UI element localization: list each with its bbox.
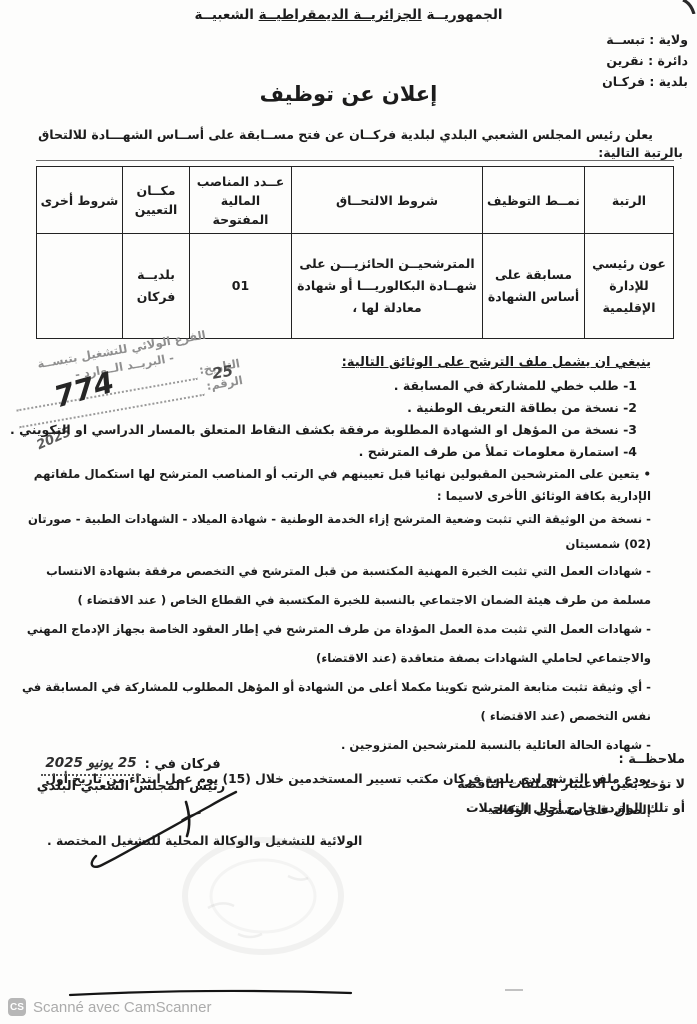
document-item-4: 4- استمارة معلومات تملأ من طرف المترشح . <box>7 441 651 463</box>
additional-doc-4: - أي وثيقة تثبت متابعة المترشح تكوينا مك… <box>7 673 651 731</box>
scan-hairline <box>36 160 674 161</box>
document-item-3: 3- نسخة من المؤهل او الشهادة المطلوبة مر… <box>7 419 651 441</box>
intro-paragraph: يعلن رئيس المجلس الشعبي البلدي لبلدية فر… <box>14 126 683 162</box>
republic-part1: الجمهوريــة <box>422 7 503 23</box>
note-line2: أو تلك الواردة خارج أجال التسجيلات <box>457 796 685 820</box>
page-title: إعلان عن توظيف <box>0 82 697 106</box>
col-open-positions: عــدد المناصب المالية المفتوحة <box>190 167 292 234</box>
corner-artifact <box>679 0 697 14</box>
handwritten-date: 25 يونيو 2025 <box>41 752 140 776</box>
note-line1: لا تؤخذ بعين الاعتبار الملفات الناقصة <box>457 772 685 796</box>
cs-camscanner-icon: CS <box>8 998 26 1016</box>
col-employment-type: نمــط التوظيف <box>483 167 585 234</box>
cell-employment-type: مسابقة على أساس الشهادة <box>483 234 585 339</box>
camscanner-watermark: CS Scanné avec CamScanner <box>8 998 211 1016</box>
wilaya-line: ولاية : تبســة <box>602 29 688 50</box>
additional-doc-2: - شهادات العمل التي تثبت الخبرة المهنية … <box>7 557 651 615</box>
watermark-text: Scanné avec CamScanner <box>33 999 211 1016</box>
cell-conditions: المترشحيــن الحائزيـــن على شهــادة البك… <box>292 234 483 339</box>
scanned-document-page: الجمهوريــة الجزائريــة الديمقراطيــة ال… <box>0 0 697 1024</box>
additional-doc-3: - شهادات العمل التي تثبت مدة العمل المؤد… <box>7 615 651 673</box>
positions-table: الرتبة نمــط التوظيف شروط الالتحــاق عــ… <box>36 166 674 339</box>
document-item-2: 2- نسخة من بطاقة التعريف الوطنية . <box>7 397 651 419</box>
republic-part2-underlined: الجزائريــة الديمقراطيــة <box>259 7 422 23</box>
table-header-row: الرتبة نمــط التوظيف شروط الالتحــاق عــ… <box>37 167 674 234</box>
republic-part3: الشعبيــة <box>194 7 258 23</box>
document-item-1: 1- طلب خطي للمشاركة في المسابقة . <box>7 375 651 397</box>
cell-other-conditions <box>37 234 123 339</box>
cell-place: بلديــة فركان <box>123 234 190 339</box>
note-block: ملاحظــة : لا تؤخذ بعين الاعتبار الملفات… <box>457 748 685 820</box>
final-admission-note: • يتعين على المترشحين المقبولين نهائيا ق… <box>7 463 651 507</box>
cell-rank: عون رئيسي للإدارة الإقليمية <box>585 234 674 339</box>
republic-header: الجمهوريــة الجزائريــة الديمقراطيــة ال… <box>0 7 697 23</box>
table-row: عون رئيسي للإدارة الإقليمية مسابقة على أ… <box>37 234 674 339</box>
scan-speck <box>505 989 523 991</box>
scan-shadow-line <box>68 988 353 998</box>
documents-heading: ينبغي ان يشمل ملف الترشح على الوثائق الت… <box>7 354 651 372</box>
col-place: مكــان التعيين <box>123 167 190 234</box>
signature-place-prefix: فركان في : <box>145 754 221 776</box>
signature-date-line: فركان في : 25 يونيو 2025 <box>26 752 236 776</box>
cell-open-positions: 01 <box>190 234 292 339</box>
faint-stamp-mark <box>168 828 358 968</box>
note-heading: ملاحظــة : <box>457 748 685 772</box>
col-rank: الرتبة <box>585 167 674 234</box>
col-other-conditions: شروط أخرى <box>37 167 123 234</box>
col-conditions: شروط الالتحــاق <box>292 167 483 234</box>
daira-line: دائرة : نقرين <box>602 50 688 71</box>
additional-doc-1: - نسخة من الوثيقة التي تثبت وضعية المترش… <box>7 507 651 557</box>
